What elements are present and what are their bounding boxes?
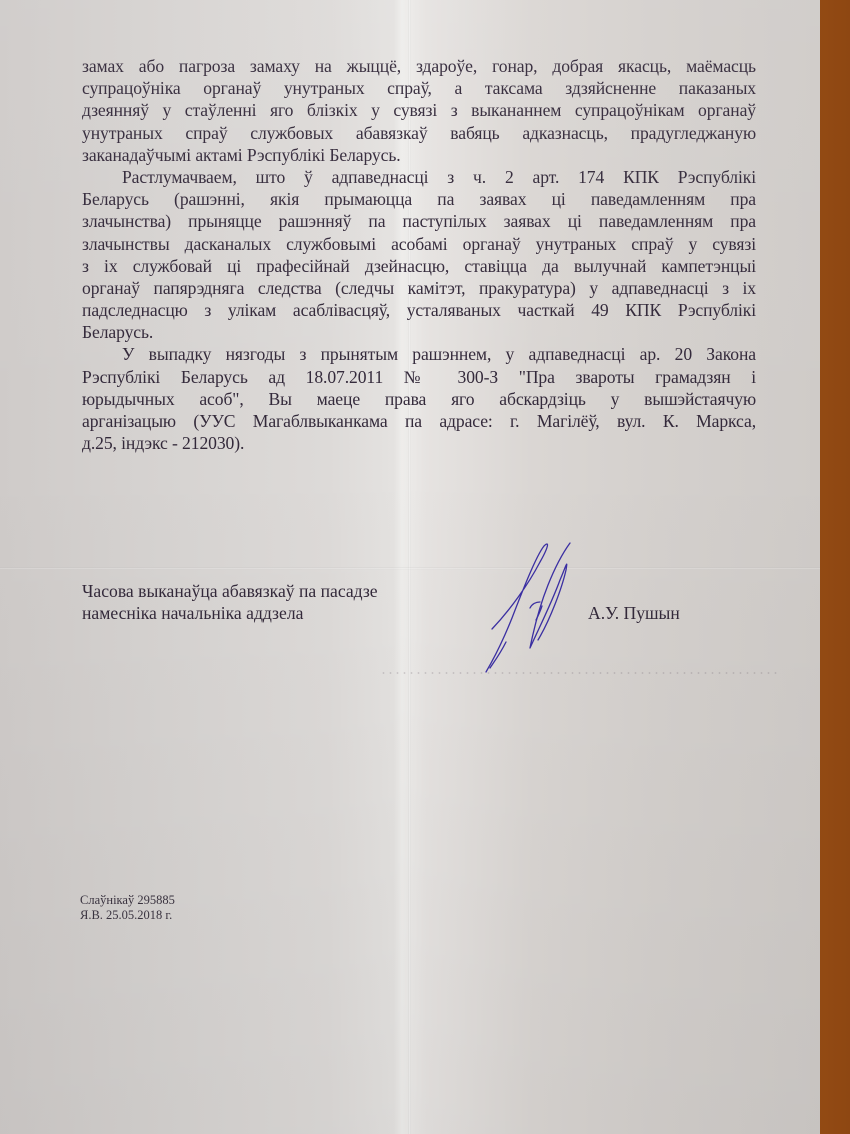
- initials-date: Я.В. 25.05.2018 г.: [80, 908, 175, 923]
- text-line: У выпадку нязгоды з прынятым рашэннем, у…: [82, 343, 756, 365]
- paragraph-appeal-rights: У выпадку нязгоды з прынятым рашэннем, у…: [82, 343, 756, 454]
- text-line: замах або пагроза замаху на жыццё, здаро…: [82, 55, 756, 77]
- text-line: заканадаўчымі актамі Рэспублікі Беларусь…: [82, 144, 756, 166]
- position-title-line-1: Часова выканаўца абавязкаў па пасадзе: [82, 580, 378, 602]
- text-line: Рэспублікі Беларусь ад 18.07.2011 № 300-…: [82, 366, 756, 388]
- signer-name: А.У. Пушын: [588, 602, 680, 624]
- paragraph-explanation: Растлумачваем, што ў адпаведнасці з ч. 2…: [82, 166, 756, 344]
- letter-page: замах або пагроза замаху на жыццё, здаро…: [0, 0, 820, 1134]
- text-line: дзеянняў у стаўленні яго блізкіх у сувяз…: [82, 99, 756, 121]
- text-line: падследнасцю з улікам асаблівасцяў, уста…: [82, 299, 756, 321]
- text-line: арганізацыю (УУС Магаблвыканкама па адра…: [82, 410, 756, 432]
- paragraph-liability: замах або пагроза замаху на жыццё, здаро…: [82, 55, 756, 166]
- faint-print-through-dots: [380, 672, 780, 674]
- text-line: д.25, індэкс - 212030).: [82, 432, 756, 454]
- signatory-position: Часова выканаўца абавязкаў па пасадзе на…: [82, 580, 378, 624]
- text-line: Растлумачваем, што ў адпаведнасці з ч. 2…: [82, 166, 756, 188]
- horizontal-fold-crease: [0, 567, 820, 570]
- text-line: злачынствы дасканалых службовымі асобамі…: [82, 233, 756, 255]
- letter-body: замах або пагроза замаху на жыццё, здаро…: [82, 55, 756, 454]
- text-line: унутраных спраў службовых абавязкаў вабя…: [82, 122, 756, 144]
- text-line: супрацоўніка органаў унутраных спраў, а …: [82, 77, 756, 99]
- position-title-line-2: намесніка начальніка аддзела: [82, 602, 378, 624]
- text-line: злачынства) прыняцце рашэнняў па паступі…: [82, 210, 756, 232]
- text-line: юрыдычных асоб", Вы маеце права яго абск…: [82, 388, 756, 410]
- text-line: Беларусь (рашэнні, якія прымаюцца па зая…: [82, 188, 756, 210]
- executor-name-phone: Слаўнікаў 295885: [80, 893, 175, 908]
- text-line: з іх службовай ці прафесійнай дзейнасцю,…: [82, 255, 756, 277]
- text-line: органаў папярэдняга следства (следчы кам…: [82, 277, 756, 299]
- text-line: Беларусь.: [82, 321, 756, 343]
- executor-footer: Слаўнікаў 295885 Я.В. 25.05.2018 г.: [80, 893, 175, 923]
